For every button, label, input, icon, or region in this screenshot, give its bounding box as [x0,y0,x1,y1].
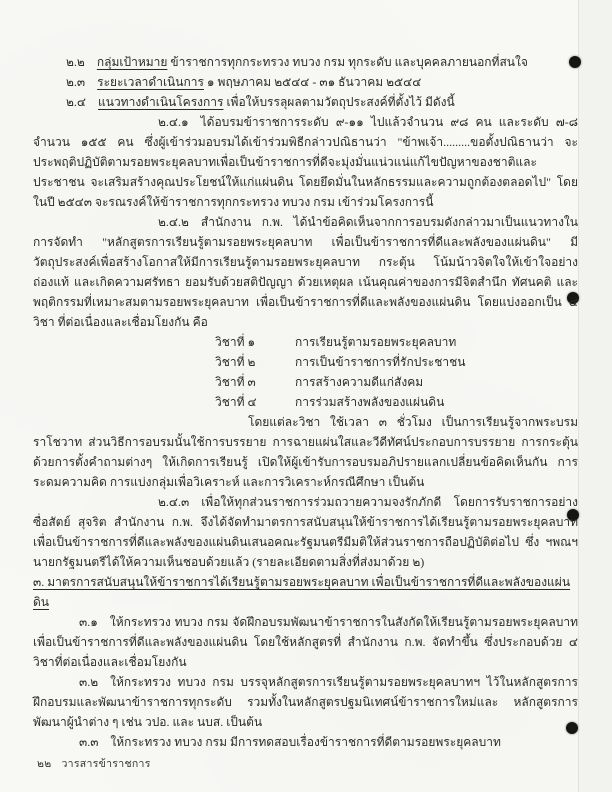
clause-number: ๒.๓ [66,75,97,89]
list-item: วิชาที่ ๒การเป็นข้าราชการที่รักประชาชน [215,352,578,372]
clause-3-1: ๓.๑ให้กระทรวง ทบวง กรม จัดฝึกอบรมพัฒนาข้… [33,612,578,672]
clause-number: ๓.๒ [79,675,110,689]
subject-label: วิชาที่ ๓ [215,372,295,392]
clause-text: เพื่อให้บรรลุผลตามวัตถุประสงค์ที่ตั้งไว้… [226,95,454,109]
page-footer: ๒๒วารสารข้าราชการ [37,755,151,772]
paragraph-2-4-1: ๒.๔.๑ได้อบรมข้าราชการระดับ ๙-๑๑ ไปแล้วจำ… [33,112,578,212]
subject-name: การสร้างความดีแก่สังคม [295,372,423,392]
clause-text: ให้กระทรวง ทบวง กรม มีการทดสอบเรื่องข้าร… [110,735,500,749]
paragraph-2-4-3: ๒.๔.๓เพื่อให้ทุกส่วนราชการร่วมถวายความจง… [33,492,578,572]
scan-edge-strip [578,0,612,792]
footer-journal-title: วารสารข้าราชการ [61,759,150,770]
subject-name: การร่วมสร้างพลังของแผ่นดิน [295,392,444,412]
list-item: วิชาที่ ๑การเรียนรู้ตามรอยพระยุคลบาท [215,332,578,352]
subject-name: การเป็นข้าราชการที่รักประชาชน [295,352,465,372]
clause-label-underlined: กลุ่มเป้าหมาย [97,55,168,69]
subclause-number: ๒.๔.๑ [158,115,201,129]
clause-number: ๓.๑ [79,615,110,629]
clause-text: ให้กระทรวง ทบวง กรม จัดฝึกอบรมพัฒนาข้ารา… [33,615,578,669]
subject-name: การเรียนรู้ตามรอยพระยุคลบาท [295,332,456,352]
subject-label: วิชาที่ ๒ [215,352,295,372]
paragraph-2-4-2: ๒.๔.๒สำนักงาน ก.พ. ได้นำข้อคิดเห็นจากการ… [33,212,578,332]
subclause-number: ๒.๔.๒ [158,215,201,229]
document-body: ๒.๒กลุ่มเป้าหมาย ข้าราชการทุกกระทรวง ทบว… [33,52,578,752]
section-3-heading: ๓. มาตรการสนับสนุนให้ข้าราชการได้เรียนรู… [33,572,578,612]
clause-2-3: ๒.๓ระยะเวลาดำเนินการ ๑ พฤษภาคม ๒๕๔๔ - ๓๑… [33,72,578,92]
clause-label-underlined: ระยะเวลาดำเนินการ [97,75,204,89]
clause-text: ข้าราชการทุกกระทรวง ทบวง กรม ทุกระดับ แล… [170,55,527,69]
footer-page-number: ๒๒ [37,759,61,770]
list-item: วิชาที่ ๔การร่วมสร้างพลังของแผ่นดิน [215,392,578,412]
clause-3-3: ๓.๓ให้กระทรวง ทบวง กรม มีการทดสอบเรื่องข… [33,732,578,752]
clause-number: ๓.๓ [79,735,110,749]
scanned-document-page: ๒.๒กลุ่มเป้าหมาย ข้าราชการทุกกระทรวง ทบว… [0,0,612,792]
subject-list: วิชาที่ ๑การเรียนรู้ตามรอยพระยุคลบาท วิช… [215,332,578,412]
paragraph-text: เพื่อให้ทุกส่วนราชการร่วมถวายความจงรักภั… [33,495,578,569]
clause-3-2: ๓.๒ให้กระทรวง ทบวง กรม บรรจุหลักสูตรการเ… [33,672,578,732]
list-item: วิชาที่ ๓การสร้างความดีแก่สังคม [215,372,578,392]
paragraph-text: ได้อบรมข้าราชการระดับ ๙-๑๑ ไปแล้วจำนวน ๙… [33,115,578,209]
clause-2-4: ๒.๔แนวทางดำเนินโครงการ เพื่อให้บรรลุผลตา… [33,92,578,112]
clause-number: ๒.๒ [66,55,97,69]
clause-text: ให้กระทรวง ทบวง กรม บรรจุหลักสูตรการเรีย… [33,675,578,729]
clause-2-2: ๒.๒กลุ่มเป้าหมาย ข้าราชการทุกกระทรวง ทบว… [33,52,578,72]
subject-label: วิชาที่ ๑ [215,332,295,352]
paragraph-text: โดยแต่ละวิชา ใช้เวลา ๓ ชั่วโมง เป็นการเร… [33,415,578,489]
paragraph-text: สำนักงาน ก.พ. ได้นำข้อคิดเห็นจากการอบรมด… [33,215,578,329]
clause-number: ๒.๔ [66,95,98,109]
clause-label-underlined: แนวทางดำเนินโครงการ [98,95,223,109]
paragraph-method: โดยแต่ละวิชา ใช้เวลา ๓ ชั่วโมง เป็นการเร… [33,412,578,492]
subclause-number: ๒.๔.๓ [158,495,201,509]
clause-text: ๑ พฤษภาคม ๒๕๔๔ - ๓๑ ธันวาคม ๒๕๔๔ [207,75,421,89]
subject-label: วิชาที่ ๔ [215,392,295,412]
